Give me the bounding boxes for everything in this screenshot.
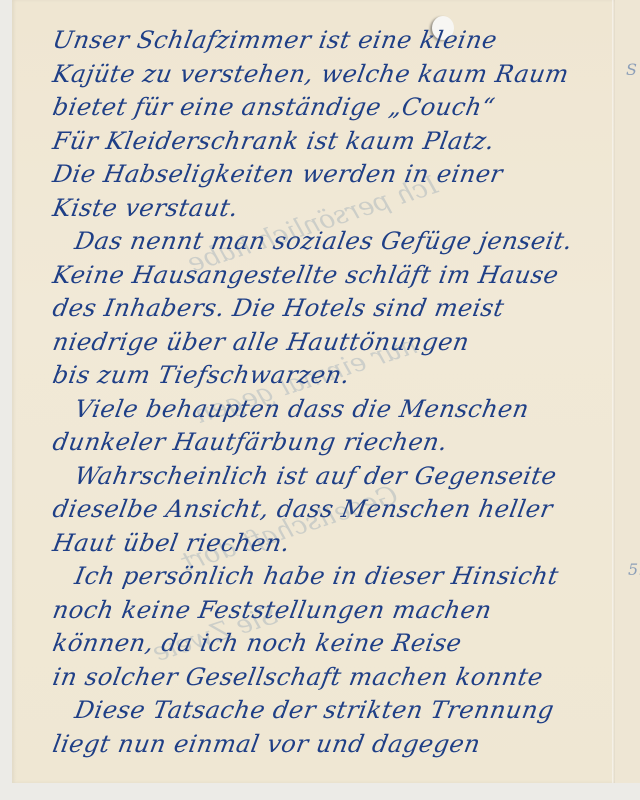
text-line: können, da ich noch keine Reise [50,627,626,661]
text-line: dunkeler Hautfärbung riechen. [50,426,626,460]
text-line: Kiste verstaut. [50,192,626,226]
text-line: Diese Tatsache der strikten Trennung [50,694,626,728]
text-line: des Inhabers. Die Hotels sind meist [50,292,626,326]
text-line: Wahrscheinlich ist auf der Gegenseite [50,460,626,494]
text-line: Viele behaupten dass die Menschen [50,393,626,427]
text-line: bis zum Tiefschwarzen. [50,359,626,393]
text-line: in solcher Gesellschaft machen konnte [50,661,626,695]
margin-mark: S [626,60,637,79]
text-line: liegt nun einmal vor und dagegen [50,728,626,762]
text-line: noch keine Feststellungen machen [50,594,626,628]
text-line: Keine Hausangestellte schläft im Hause [50,259,626,293]
text-line: Die Habseligkeiten werden in einer [50,158,626,192]
margin-mark: 5. [628,560,640,579]
scan-background: Ich persönlich habe nur einmal gegen Ges… [0,0,640,800]
text-line: Für Kleiderschrank ist kaum Platz. [50,125,626,159]
handwritten-text-block: Unser Schlafzimmer ist eine kleine Kajüt… [50,24,620,761]
letter-page: Ich persönlich habe nur einmal gegen Ges… [12,0,640,783]
text-line: Das nennt man soziales Gefüge jenseit. [50,225,626,259]
text-line: Unser Schlafzimmer ist eine kleine [50,24,626,58]
text-line: bietet für eine anständige „Couch“ [50,91,626,125]
text-line: Kajüte zu verstehen, welche kaum Raum [50,58,626,92]
text-line: dieselbe Ansicht, dass Menschen heller [50,493,626,527]
text-line: niedrige über alle Hauttönungen [50,326,626,360]
text-line: Ich persönlich habe in dieser Hinsicht [50,560,626,594]
text-line: Haut übel riechen. [50,527,626,561]
margin-annotations: S 5. [624,60,640,580]
